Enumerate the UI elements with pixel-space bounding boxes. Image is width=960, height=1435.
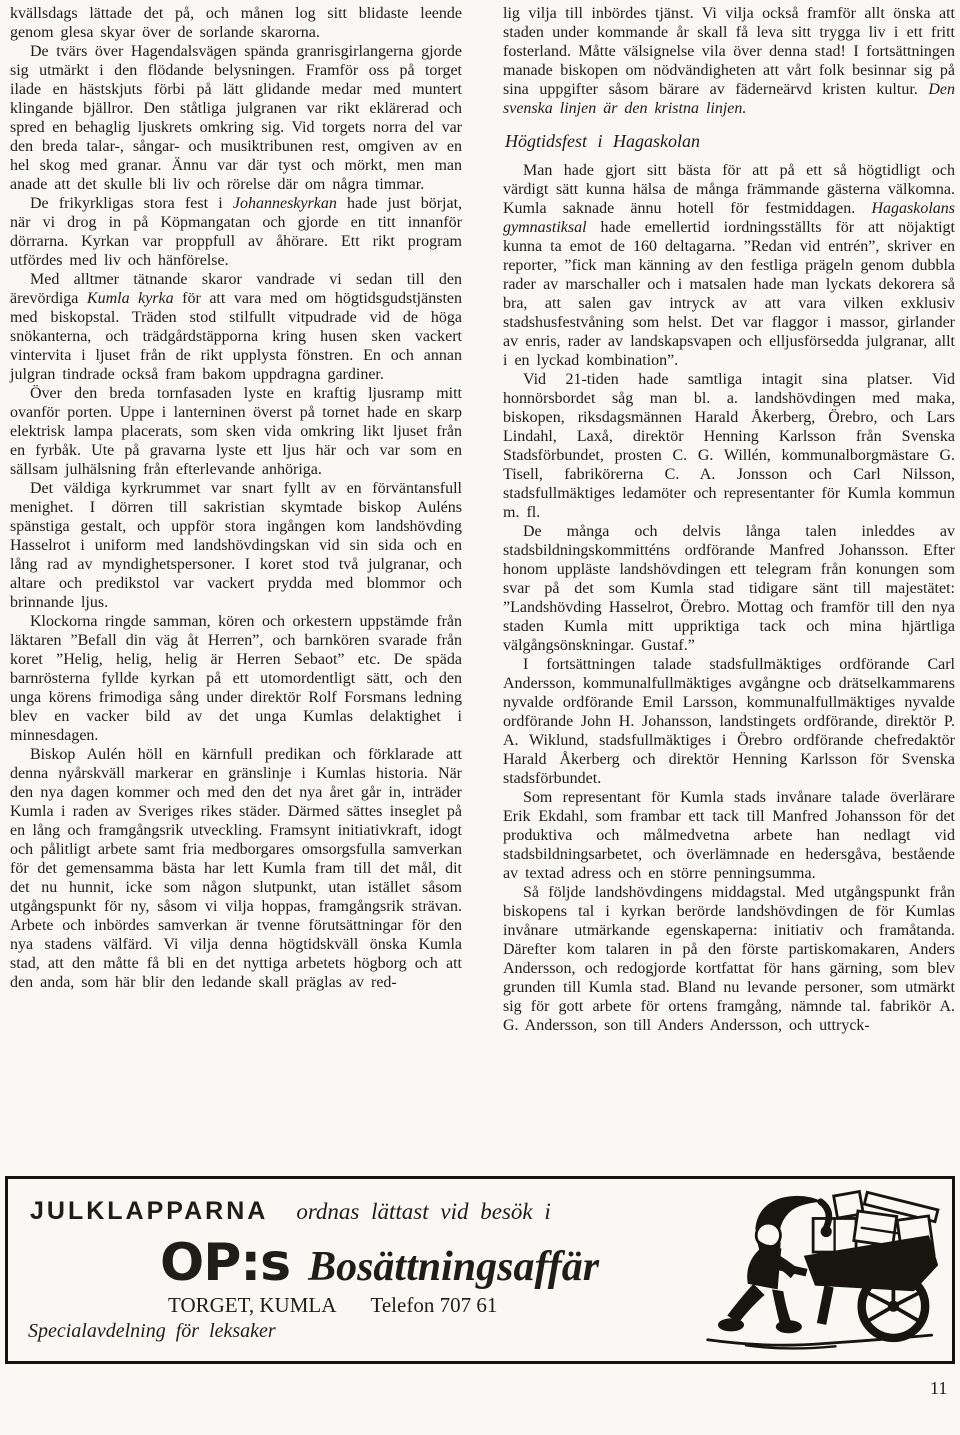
text-run: De många och delvis långa talen inleddes… (503, 523, 955, 654)
text-run: Vid 21-tiden hade samtliga intagit sina … (503, 371, 955, 521)
ad-footnote: Specialavdelning för leksaker (28, 1320, 276, 1343)
text-run: De tvärs över Hagendalsvägen spända gran… (10, 43, 462, 193)
paragraph: De frikyrkligas stora fest i Johanneskyr… (10, 194, 462, 270)
page-number: 11 (930, 1378, 947, 1399)
left-column: kvällsdags lättade det på, och månen log… (10, 4, 462, 1035)
text-run: Så följde landshövdingens middagstal. Me… (503, 884, 955, 1034)
paragraph: kvällsdags lättade det på, och månen log… (10, 4, 462, 42)
article-body: kvällsdags lättade det på, och månen log… (10, 4, 955, 1035)
paragraph: De många och delvis långa talen inleddes… (503, 522, 955, 655)
santa-wheelbarrow-illustration (684, 1183, 946, 1351)
paragraph: Så följde landshövdingens middagstal. Me… (503, 883, 955, 1035)
text-run: Som representant för Kumla stads invånar… (503, 789, 955, 882)
ad-logo-row: OP:s Bosättningsaffär (160, 1233, 599, 1293)
paragraph: Klockorna ringde samman, kören och orkes… (10, 612, 462, 745)
text-run: hade emellertid iordningsställts för att… (503, 219, 955, 369)
text-run: kvällsdags lättade det på, och månen log… (10, 5, 462, 41)
italic-run: Johanneskyrkan (233, 195, 337, 212)
paragraph: Som representant för Kumla stads invånar… (503, 788, 955, 883)
text-run: Biskop Aulén höll en kärnfull predikan o… (10, 746, 462, 991)
right-column: lig vilja till inbördes tjänst. Vi vilja… (503, 4, 955, 1035)
paragraph: Det väldiga kyrkrummet var snart fyllt a… (10, 479, 462, 612)
ad-logo: OP:s (160, 1233, 290, 1293)
paragraph: lig vilja till inbördes tjänst. Vi vilja… (503, 4, 955, 118)
ad-address-row: TORGET, KUMLA Telefon 707 61 (168, 1293, 497, 1318)
paragraph: Över den breda tornfasaden lyste en kraf… (10, 384, 462, 479)
ad-address: TORGET, KUMLA (168, 1293, 335, 1317)
paragraph: Man hade gjort sitt bästa för att på ett… (503, 161, 955, 370)
text-run: lig vilja till inbördes tjänst. Vi vilja… (503, 5, 955, 98)
advertisement: JULKLAPPARNA ordnas lättast vid besök i … (5, 1176, 955, 1364)
paragraph: Med alltmer tätnande skaror vandrade vi … (10, 270, 462, 384)
ad-headline-row: JULKLAPPARNA ordnas lättast vid besök i (30, 1197, 551, 1226)
paragraph: Vid 21-tiden hade samtliga intagit sina … (503, 370, 955, 522)
text-run: De frikyrkligas stora fest i (30, 195, 233, 212)
ad-store-name: Bosättningsaffär (308, 1244, 599, 1290)
paragraph: I fortsättningen talade stadsfullmäktige… (503, 655, 955, 788)
italic-run: Kumla kyrka (87, 290, 174, 307)
paragraph: Biskop Aulén höll en kärnfull predikan o… (10, 745, 462, 992)
text-run: Det väldiga kyrkrummet var snart fyllt a… (10, 480, 462, 611)
section-heading: Högtidsfest i Hagaskolan (505, 132, 955, 151)
magazine-page: kvällsdags lättade det på, och månen log… (0, 0, 960, 1435)
paragraph: De tvärs över Hagendalsvägen spända gran… (10, 42, 462, 194)
text-run: I fortsättningen talade stadsfullmäktige… (503, 656, 955, 787)
text-run: Över den breda tornfasaden lyste en kraf… (10, 385, 462, 478)
ad-headline: JULKLAPPARNA (30, 1197, 268, 1225)
ad-tagline: ordnas lättast vid besök i (296, 1199, 550, 1224)
ad-phone: Telefon 707 61 (370, 1293, 497, 1317)
text-run: Klockorna ringde samman, kören och orkes… (10, 613, 462, 744)
